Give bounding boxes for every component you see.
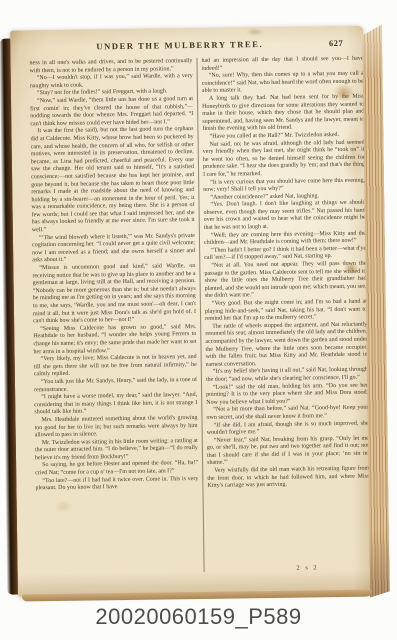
- paragraph: “Yes. Don't laugh. I don't like laughing…: [203, 200, 365, 233]
- printer-signature: 2 s 2: [296, 564, 318, 571]
- paragraph: “Look!” said the old man, holding his ar…: [206, 382, 368, 407]
- paragraph: Mr. Twizzledon was sitting in his little…: [35, 438, 198, 463]
- paragraph: “Too late?—not if I had had it twice ove…: [35, 476, 198, 493]
- paragraph: “Very likely, my love; Miss Caldecote is…: [34, 354, 197, 379]
- paragraph: Very wistfully did the old man watch his…: [207, 466, 369, 491]
- page-number: 627: [329, 38, 343, 48]
- paragraph: “Very good. But she might come in; and I…: [205, 299, 367, 324]
- scanned-book-page: UNDER THE MULBERRY TREE. 627 ness in all…: [0, 19, 394, 604]
- paragraph: “‘The wind bloweth where it listeth,'” w…: [32, 233, 195, 266]
- paragraph: “Never fear,” said Nat, breaking from hi…: [207, 435, 369, 468]
- page-paper: UNDER THE MULBERRY TREE. 627 ness in all…: [10, 26, 371, 597]
- paragraph: “Seeing Miss Caldecote has grown so good…: [33, 324, 196, 357]
- page-header: UNDER THE MULBERRY TREE. 627: [10, 38, 363, 55]
- paragraph: The rattle of wheels stopped the argumen…: [205, 321, 368, 369]
- text-column-left: ness in all one's walks and drives, and …: [29, 58, 199, 576]
- paragraph: Nat said, no; he was afraid, although th…: [203, 139, 366, 179]
- foxing-spot: [246, 28, 264, 36]
- paragraph: Mrs. Heathdale muttered something about …: [34, 415, 197, 440]
- paragraph: So saying, he got before Hester and open…: [35, 460, 198, 477]
- paragraph: “I might have a worse model, my dear,” s…: [34, 392, 197, 417]
- paragraph: “It's my belief she's having it all out,…: [206, 367, 368, 384]
- scan-viewport: { "colors": { "paper": "#eee2c6", "ink":…: [0, 0, 397, 640]
- running-title: UNDER THE MULBERRY TREE.: [10, 38, 363, 53]
- paragraph: It was the first (he said), but not the …: [30, 126, 194, 235]
- paragraph: “Now,” said Wardle, “them little uns has…: [30, 96, 193, 129]
- archive-id-label: 20020060159_P589: [0, 604, 397, 630]
- paragraph: “Missus is uncommon good and kind,” said…: [32, 263, 196, 326]
